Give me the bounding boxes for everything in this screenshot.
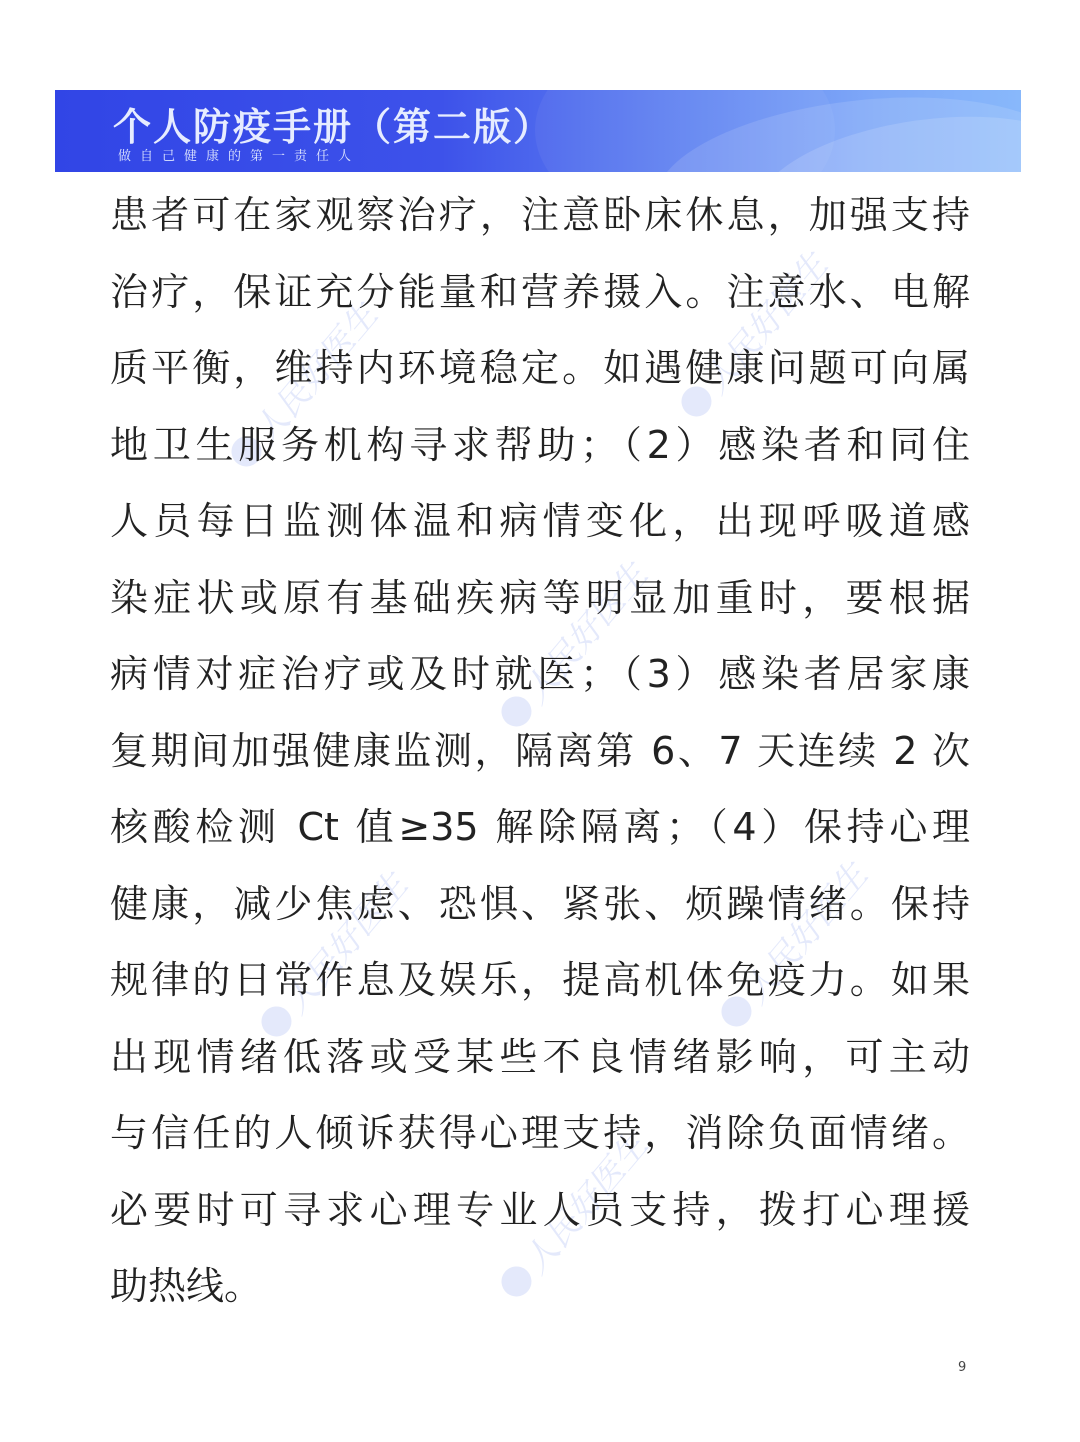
text-line: 必要时可寻求心理专业人员支持，拨打心理援: [110, 1177, 970, 1254]
text-line: 出现情绪低落或受某些不良情绪影响，可主动: [110, 1024, 970, 1101]
page-subtitle: 做自己健康的第一责任人: [118, 145, 360, 164]
text-line: 质平衡，维持内环境稳定。如遇健康问题可向属: [110, 335, 970, 412]
text-line: 染症状或原有基础疾病等明显加重时，要根据: [110, 565, 970, 642]
text-line: 地卫生服务机构寻求帮助；（2）感染者和同住: [110, 412, 970, 489]
text-line: 规律的日常作息及娱乐，提高机体免疫力。如果: [110, 947, 970, 1024]
header-banner: 个人防疫手册（第二版） 做自己健康的第一责任人: [55, 90, 1021, 172]
text-line: 人员每日监测体温和病情变化，出现呼吸道感: [110, 488, 970, 565]
text-line: 助热线。: [110, 1253, 970, 1330]
text-line: 健康，减少焦虑、恐惧、紧张、烦躁情绪。保持: [110, 871, 970, 948]
page-title: 个人防疫手册（第二版）: [113, 96, 553, 151]
text-line: 病情对症治疗或及时就医；（3）感染者居家康: [110, 641, 970, 718]
text-line: 复期间加强健康监测，隔离第 6、7 天连续 2 次: [110, 718, 970, 795]
text-line: 核酸检测 Ct 值≥35 解除隔离；（4）保持心理: [110, 794, 970, 871]
page-number: 9: [958, 1360, 966, 1375]
text-line: 与信任的人倾诉获得心理支持，消除负面情绪。: [110, 1100, 970, 1177]
body-text: 患者可在家观察治疗，注意卧床休息，加强支持 治疗，保证充分能量和营养摄入。注意水…: [110, 182, 970, 1330]
text-line: 患者可在家观察治疗，注意卧床休息，加强支持: [110, 182, 970, 259]
text-line: 治疗，保证充分能量和营养摄入。注意水、电解: [110, 259, 970, 336]
